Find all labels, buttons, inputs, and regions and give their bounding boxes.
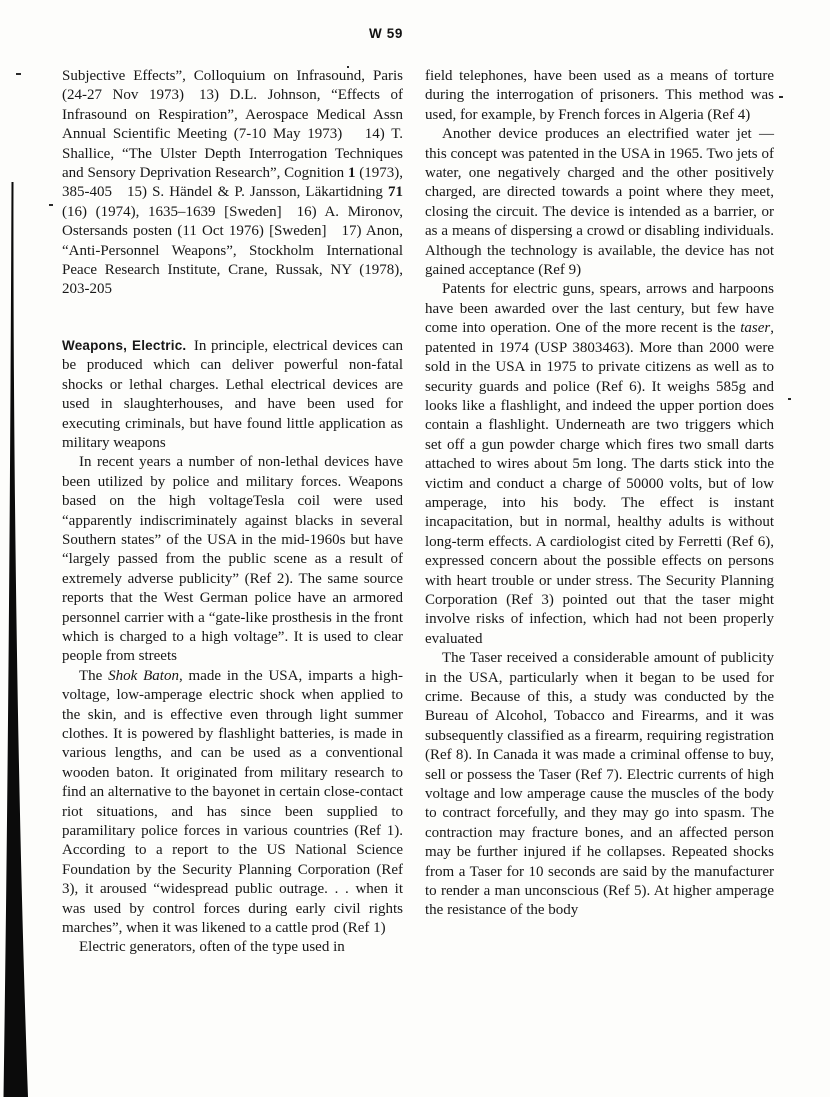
text-segment: Another device produces an electrified w… bbox=[425, 126, 774, 278]
scan-speck bbox=[49, 204, 53, 206]
text-segment: In recent years a number of non-lethal d… bbox=[62, 454, 403, 664]
page-number-header: W 59 bbox=[0, 26, 772, 41]
text-segment: The Taser received a considerable amount… bbox=[425, 650, 774, 918]
text-segment: (16) (1974), 1635–1639 [Sweden] 16) A. M… bbox=[62, 204, 403, 298]
text-segment: The bbox=[79, 668, 108, 684]
entry-weapons-electric: Weapons, Electric. In principle, electri… bbox=[62, 336, 403, 453]
text-segment: , patented in 1974 (USP 3803463). More t… bbox=[425, 320, 774, 647]
text-segment: In principle, electrical devices can be … bbox=[62, 338, 403, 451]
text-segment: Patents for electric guns, spears, arrow… bbox=[425, 281, 774, 336]
text-segment: 71 bbox=[388, 184, 403, 200]
scan-speck bbox=[788, 398, 791, 400]
text-segment: , made in the USA, imparts a high-voltag… bbox=[62, 668, 403, 936]
paragraph-nonlethal-devices: In recent years a number of non-lethal d… bbox=[62, 453, 403, 666]
text-columns: Subjective Effects”, Colloquium on Infra… bbox=[62, 67, 774, 958]
scan-speck bbox=[347, 66, 349, 68]
paragraph-electric-generators: Electric generators, often of the type u… bbox=[62, 938, 403, 957]
paragraph-water-jet: Another device produces an electrified w… bbox=[425, 125, 774, 280]
scan-gutter-shadow bbox=[0, 0, 34, 1097]
column-left: Subjective Effects”, Colloquium on Infra… bbox=[62, 67, 403, 958]
scan-speck bbox=[779, 96, 783, 98]
entry-heading: Weapons, Electric. bbox=[62, 338, 186, 353]
text-segment: field telephones, have been used as a me… bbox=[425, 68, 774, 123]
text-segment: Electric generators, often of the type u… bbox=[79, 939, 345, 955]
paragraph-field-telephones: field telephones, have been used as a me… bbox=[425, 67, 774, 125]
text-segment: taser bbox=[740, 320, 770, 336]
column-right: field telephones, have been used as a me… bbox=[425, 67, 774, 958]
paragraph-taser: Patents for electric guns, spears, arrow… bbox=[425, 280, 774, 649]
references-continued: Subjective Effects”, Colloquium on Infra… bbox=[62, 67, 403, 300]
text-segment: Shok Baton bbox=[108, 668, 179, 684]
scanned-book-page: W 59 Subjective Effects”, Colloquium on … bbox=[0, 0, 830, 1097]
scan-speck bbox=[16, 73, 21, 75]
paragraph-shok-baton: The Shok Baton, made in the USA, imparts… bbox=[62, 667, 403, 939]
paragraph-taser-publicity: The Taser received a considerable amount… bbox=[425, 649, 774, 921]
